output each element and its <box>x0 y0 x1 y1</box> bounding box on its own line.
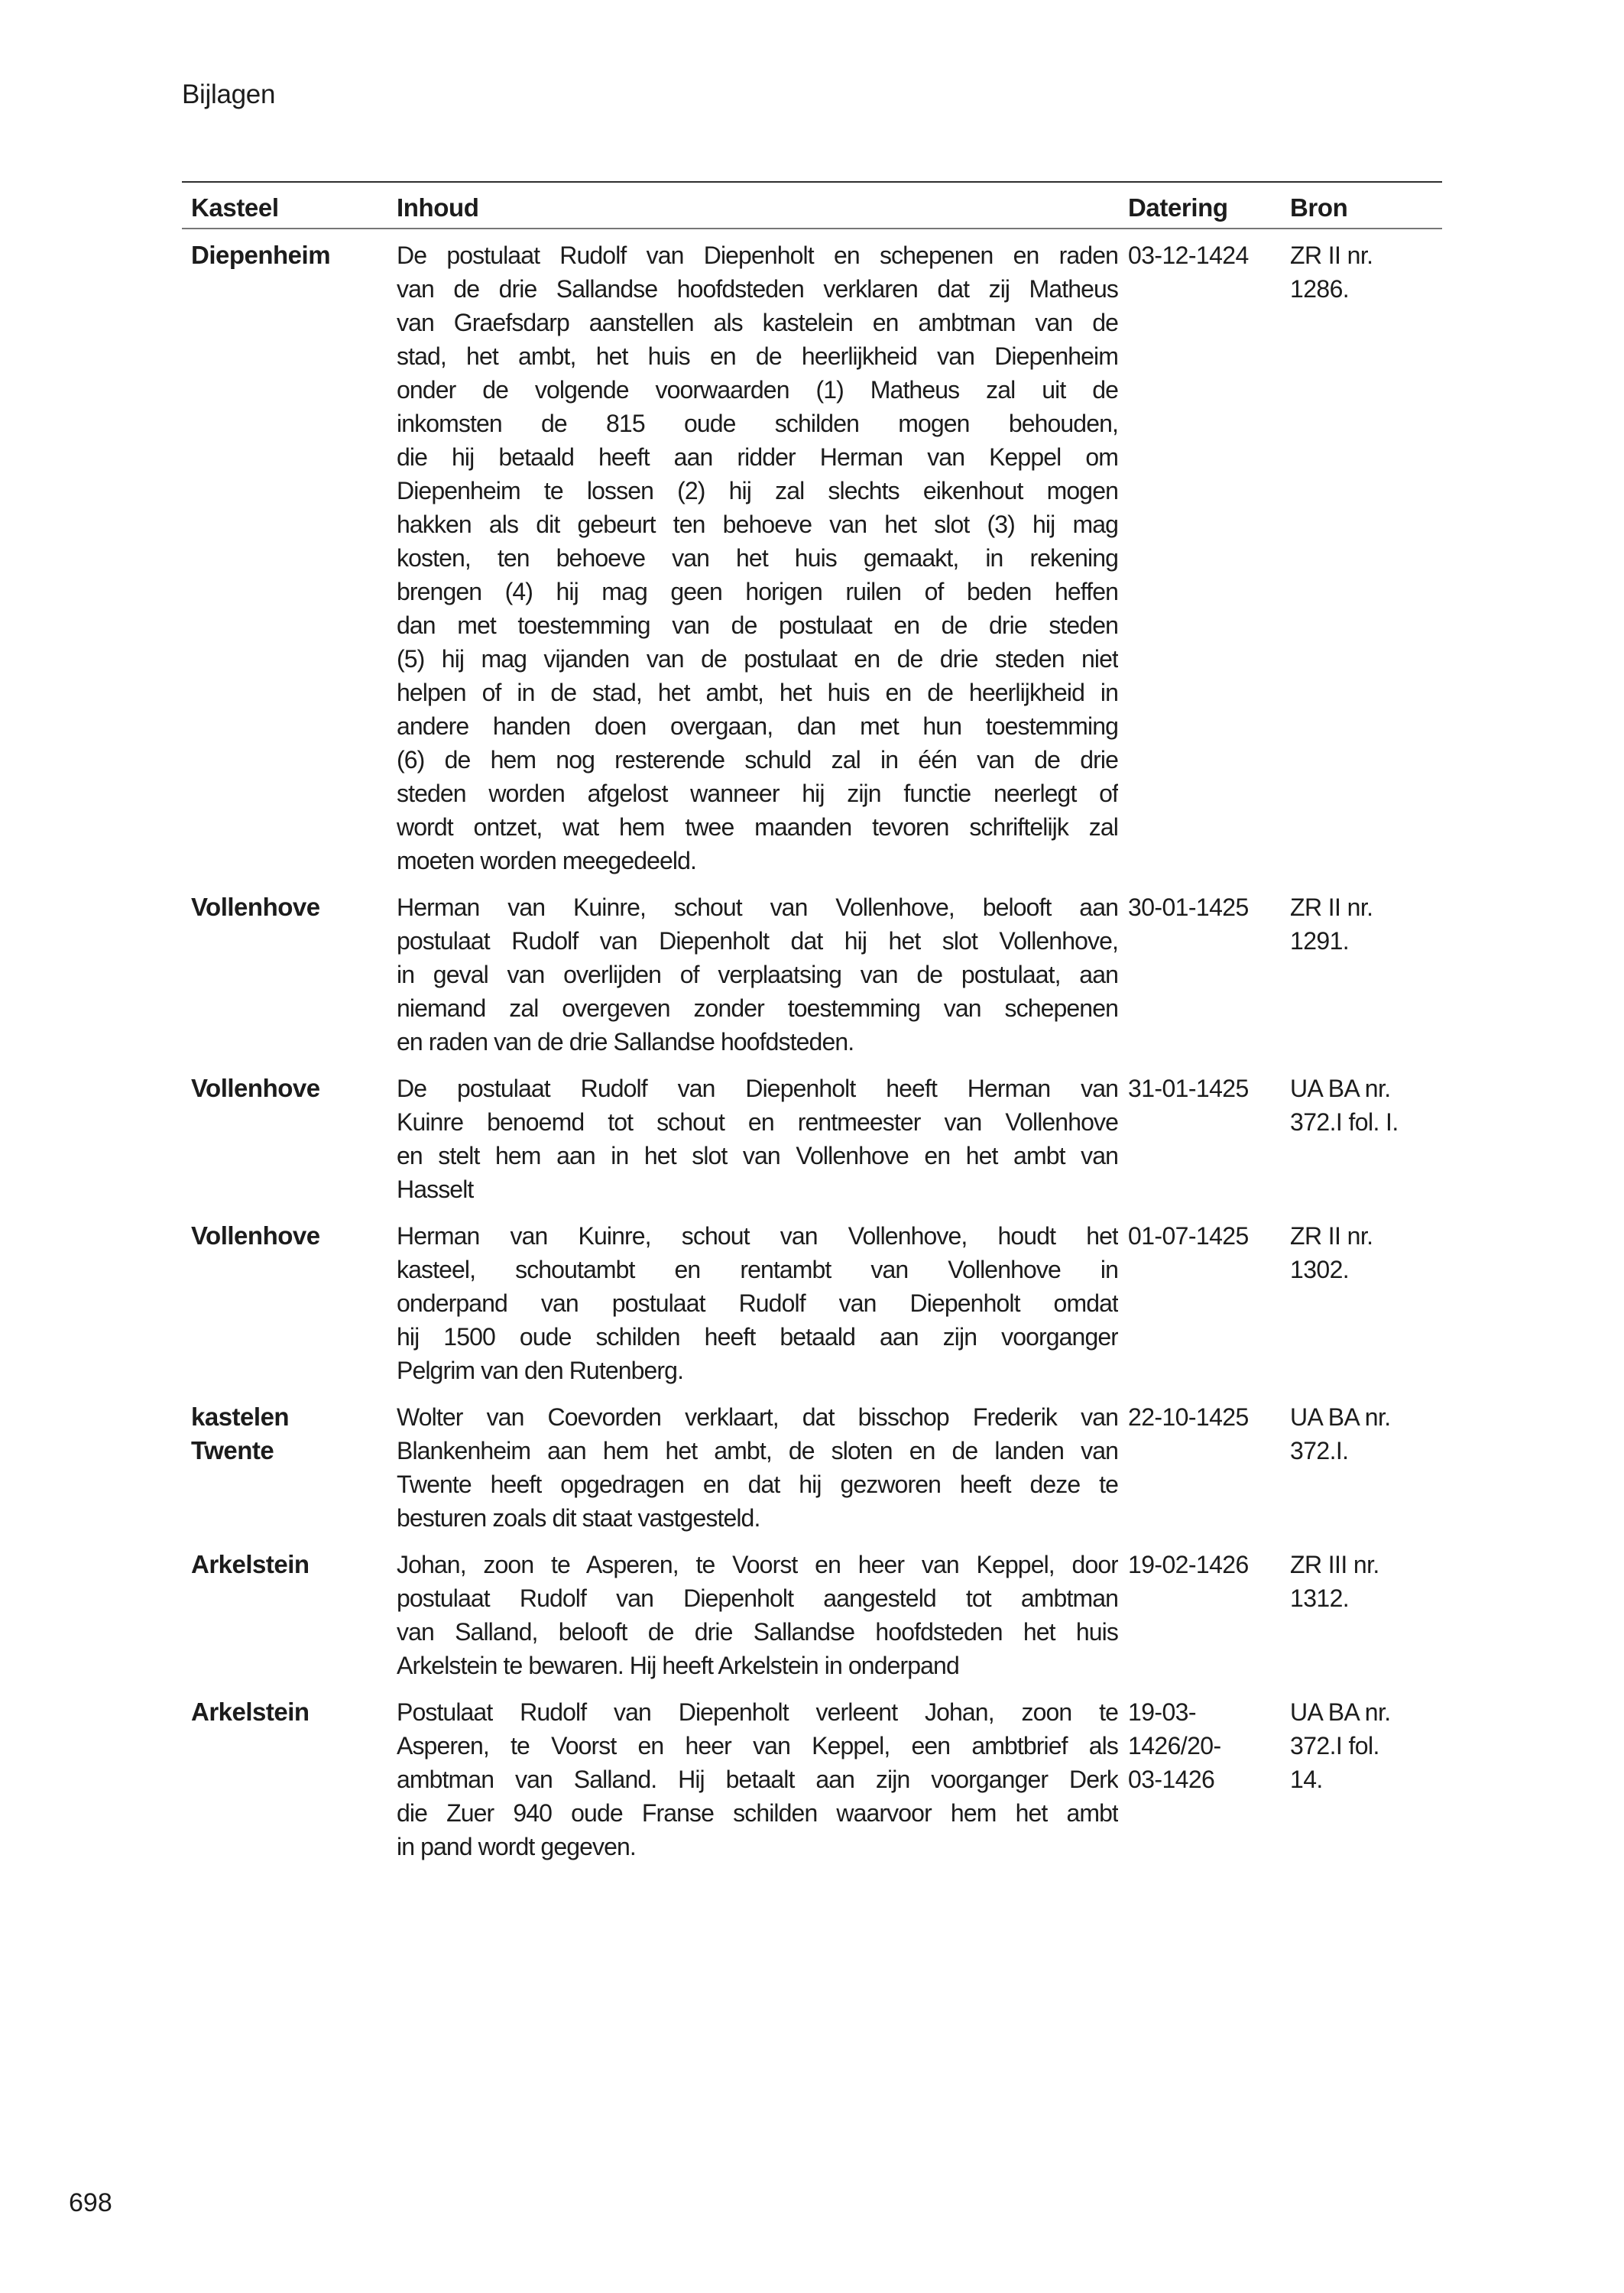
cell-inhoud-line: onderpand van postulaat Rudolf van Diepe… <box>397 1286 1118 1320</box>
cell-inhoud-line: brengen (4) hij mag geen horigen ruilen … <box>397 575 1118 608</box>
cell-inhoud: De postulaat Rudolf van Diepenholt en sc… <box>397 238 1118 877</box>
cell-inhoud-line: Wolter van Coevorden verklaart, dat biss… <box>397 1400 1118 1434</box>
table-row: ArkelsteinJohan, zoon te Asperen, te Voo… <box>182 1548 1442 1682</box>
cell-bron-line: 14. <box>1290 1763 1443 1796</box>
cell-inhoud-line: in pand wordt gegeven. <box>397 1830 1118 1863</box>
table-row: DiepenheimDe postulaat Rudolf van Diepen… <box>182 238 1442 877</box>
cell-bron-line: UA BA nr. <box>1290 1072 1443 1105</box>
table-body: DiepenheimDe postulaat Rudolf van Diepen… <box>182 229 1442 1863</box>
cell-bron: UA BA nr.372.I fol.14. <box>1290 1695 1443 1796</box>
cell-inhoud: Wolter van Coevorden verklaart, dat biss… <box>397 1400 1118 1535</box>
cell-inhoud-line: Diepenheim te lossen (2) hij zal slechts… <box>397 474 1118 508</box>
cell-inhoud-line: postulaat Rudolf van Diepenholt aangeste… <box>397 1581 1118 1615</box>
cell-kasteel-line: Vollenhove <box>191 890 382 924</box>
cell-inhoud-line: niemand zal overgeven zonder toestemming… <box>397 991 1118 1025</box>
cell-inhoud: Postulaat Rudolf van Diepenholt verleent… <box>397 1695 1118 1863</box>
cell-inhoud-line: in geval van overlijden of verplaatsing … <box>397 958 1118 991</box>
cell-inhoud-line: inkomsten de 815 oude schilden mogen beh… <box>397 407 1118 440</box>
cell-bron-line: 1291. <box>1290 924 1443 958</box>
header-datering: Datering <box>1128 193 1228 222</box>
cell-inhoud-line: Herman van Kuinre, schout van Vollenhove… <box>397 1219 1118 1253</box>
table-header-row: Kasteel Inhoud Datering Bron <box>182 183 1442 228</box>
appendix-table: Kasteel Inhoud Datering Bron DiepenheimD… <box>182 181 1442 1876</box>
cell-inhoud: Johan, zoon te Asperen, te Voorst en hee… <box>397 1548 1118 1682</box>
cell-inhoud-line: (6) de hem nog resterende schuld zal in … <box>397 743 1118 777</box>
cell-inhoud-line: en stelt hem aan in het slot van Vollenh… <box>397 1139 1118 1172</box>
cell-inhoud-line: moeten worden meegedeeld. <box>397 844 1118 877</box>
cell-datering-line: 19-02-1426 <box>1128 1548 1281 1581</box>
cell-inhoud-line: Herman van Kuinre, schout van Vollenhove… <box>397 890 1118 924</box>
cell-inhoud-line: Pelgrim van den Rutenberg. <box>397 1354 1118 1387</box>
cell-inhoud-line: Johan, zoon te Asperen, te Voorst en hee… <box>397 1548 1118 1581</box>
cell-bron-line: ZR II nr. <box>1290 238 1443 272</box>
page-number: 698 <box>69 2188 112 2218</box>
cell-inhoud-line: besturen zoals dit staat vastgesteld. <box>397 1501 1118 1535</box>
cell-inhoud-line: stad, het ambt, het huis en de heerlijkh… <box>397 339 1118 373</box>
cell-datering: 19-03-1426/20-03-1426 <box>1128 1695 1281 1796</box>
cell-bron: ZR II nr.1291. <box>1290 890 1443 958</box>
table-row: ArkelsteinPostulaat Rudolf van Diepenhol… <box>182 1695 1442 1863</box>
running-head: Bijlagen <box>182 79 275 110</box>
cell-inhoud-line: Twente heeft opgedragen en dat hij gezwo… <box>397 1468 1118 1501</box>
cell-kasteel-line: kastelen <box>191 1400 382 1434</box>
cell-bron-line: 372.I. <box>1290 1434 1443 1468</box>
cell-bron-line: ZR II nr. <box>1290 1219 1443 1253</box>
cell-datering-line: 22-10-1425 <box>1128 1400 1281 1434</box>
table-row: VollenhoveHerman van Kuinre, schout van … <box>182 1219 1442 1387</box>
cell-inhoud-line: dan met toestemming van de postulaat en … <box>397 608 1118 642</box>
cell-bron: ZR III nr.1312. <box>1290 1548 1443 1615</box>
cell-inhoud-line: hij 1500 oude schilden heeft betaald aan… <box>397 1320 1118 1354</box>
cell-inhoud: Herman van Kuinre, schout van Vollenhove… <box>397 890 1118 1059</box>
cell-inhoud-line: De postulaat Rudolf van Diepenholt heeft… <box>397 1072 1118 1105</box>
cell-datering-line: 30-01-1425 <box>1128 890 1281 924</box>
cell-bron-line: ZR II nr. <box>1290 890 1443 924</box>
cell-bron-line: 372.I fol. <box>1290 1729 1443 1763</box>
cell-kasteel: Diepenheim <box>191 238 382 272</box>
cell-kasteel: Vollenhove <box>191 1072 382 1105</box>
cell-inhoud-line: (5) hij mag vijanden van de postulaat en… <box>397 642 1118 676</box>
cell-inhoud: Herman van Kuinre, schout van Vollenhove… <box>397 1219 1118 1387</box>
cell-inhoud-line: Postulaat Rudolf van Diepenholt verleent… <box>397 1695 1118 1729</box>
table-row: kastelenTwenteWolter van Coevorden verkl… <box>182 1400 1442 1535</box>
table-row: VollenhoveDe postulaat Rudolf van Diepen… <box>182 1072 1442 1206</box>
header-bron: Bron <box>1290 193 1347 222</box>
cell-inhoud-line: van de drie Sallandse hoofdsteden verkla… <box>397 272 1118 306</box>
cell-kasteel: Vollenhove <box>191 1219 382 1253</box>
cell-kasteel-line: Arkelstein <box>191 1548 382 1581</box>
cell-datering: 22-10-1425 <box>1128 1400 1281 1434</box>
cell-inhoud-line: steden worden afgelost wanneer hij zijn … <box>397 777 1118 810</box>
cell-bron: UA BA nr.372.I. <box>1290 1400 1443 1468</box>
cell-bron-line: 372.I fol. I. <box>1290 1105 1443 1139</box>
table-row: VollenhoveHerman van Kuinre, schout van … <box>182 890 1442 1059</box>
cell-inhoud: De postulaat Rudolf van Diepenholt heeft… <box>397 1072 1118 1206</box>
cell-inhoud-line: Asperen, te Voorst en heer van Keppel, e… <box>397 1729 1118 1763</box>
cell-bron: ZR II nr.1302. <box>1290 1219 1443 1286</box>
cell-kasteel-line: Twente <box>191 1434 382 1468</box>
cell-inhoud-line: kosten, ten behoeve van het huis gemaakt… <box>397 541 1118 575</box>
cell-kasteel-line: Arkelstein <box>191 1695 382 1729</box>
cell-datering: 01-07-1425 <box>1128 1219 1281 1253</box>
cell-inhoud-line: van Graefsdarp aanstellen als kastelein … <box>397 306 1118 339</box>
cell-bron-line: UA BA nr. <box>1290 1695 1443 1729</box>
cell-datering-line: 31-01-1425 <box>1128 1072 1281 1105</box>
cell-inhoud-line: andere handen doen overgaan, dan met hun… <box>397 709 1118 743</box>
cell-kasteel-line: Diepenheim <box>191 238 382 272</box>
cell-inhoud-line: Blankenheim aan hem het ambt, de sloten … <box>397 1434 1118 1468</box>
cell-inhoud-line: Hasselt <box>397 1172 1118 1206</box>
cell-inhoud-line: Kuinre benoemd tot schout en rentmeester… <box>397 1105 1118 1139</box>
cell-datering-line: 1426/20- <box>1128 1729 1281 1763</box>
cell-inhoud-line: hakken als dit gebeurt ten behoeve van h… <box>397 508 1118 541</box>
cell-datering: 31-01-1425 <box>1128 1072 1281 1105</box>
cell-inhoud-line: wordt ontzet, wat hem twee maanden tevor… <box>397 810 1118 844</box>
cell-inhoud-line: ambtman van Salland. Hij betaalt aan zij… <box>397 1763 1118 1796</box>
cell-datering-line: 03-1426 <box>1128 1763 1281 1796</box>
cell-datering: 30-01-1425 <box>1128 890 1281 924</box>
cell-inhoud-line: De postulaat Rudolf van Diepenholt en sc… <box>397 238 1118 272</box>
cell-inhoud-line: Arkelstein te bewaren. Hij heeft Arkelst… <box>397 1649 1118 1682</box>
cell-datering-line: 03-12-1424 <box>1128 238 1281 272</box>
cell-inhoud-line: van Salland, belooft de drie Sallandse h… <box>397 1615 1118 1649</box>
header-inhoud: Inhoud <box>397 193 479 222</box>
cell-datering-line: 01-07-1425 <box>1128 1219 1281 1253</box>
cell-bron-line: ZR III nr. <box>1290 1548 1443 1581</box>
cell-kasteel: Arkelstein <box>191 1548 382 1581</box>
cell-bron: UA BA nr.372.I fol. I. <box>1290 1072 1443 1139</box>
cell-kasteel: Arkelstein <box>191 1695 382 1729</box>
cell-kasteel: kastelenTwente <box>191 1400 382 1468</box>
header-kasteel: Kasteel <box>191 193 279 222</box>
cell-kasteel-line: Vollenhove <box>191 1219 382 1253</box>
cell-inhoud-line: die Zuer 940 oude Franse schilden waarvo… <box>397 1796 1118 1830</box>
cell-inhoud-line: onder de volgende voorwaarden (1) Matheu… <box>397 373 1118 407</box>
cell-bron-line: 1302. <box>1290 1253 1443 1286</box>
cell-inhoud-line: die hij betaald heeft aan ridder Herman … <box>397 440 1118 474</box>
cell-kasteel-line: Vollenhove <box>191 1072 382 1105</box>
cell-bron-line: UA BA nr. <box>1290 1400 1443 1434</box>
cell-bron-line: 1286. <box>1290 272 1443 306</box>
cell-datering: 19-02-1426 <box>1128 1548 1281 1581</box>
cell-inhoud-line: helpen of in de stad, het ambt, het huis… <box>397 676 1118 709</box>
cell-inhoud-line: en raden van de drie Sallandse hoofdsted… <box>397 1025 1118 1059</box>
cell-inhoud-line: postulaat Rudolf van Diepenholt dat hij … <box>397 924 1118 958</box>
cell-kasteel: Vollenhove <box>191 890 382 924</box>
cell-datering: 03-12-1424 <box>1128 238 1281 272</box>
cell-datering-line: 19-03- <box>1128 1695 1281 1729</box>
cell-bron: ZR II nr.1286. <box>1290 238 1443 306</box>
cell-bron-line: 1312. <box>1290 1581 1443 1615</box>
cell-inhoud-line: kasteel, schoutambt en rentambt van Voll… <box>397 1253 1118 1286</box>
